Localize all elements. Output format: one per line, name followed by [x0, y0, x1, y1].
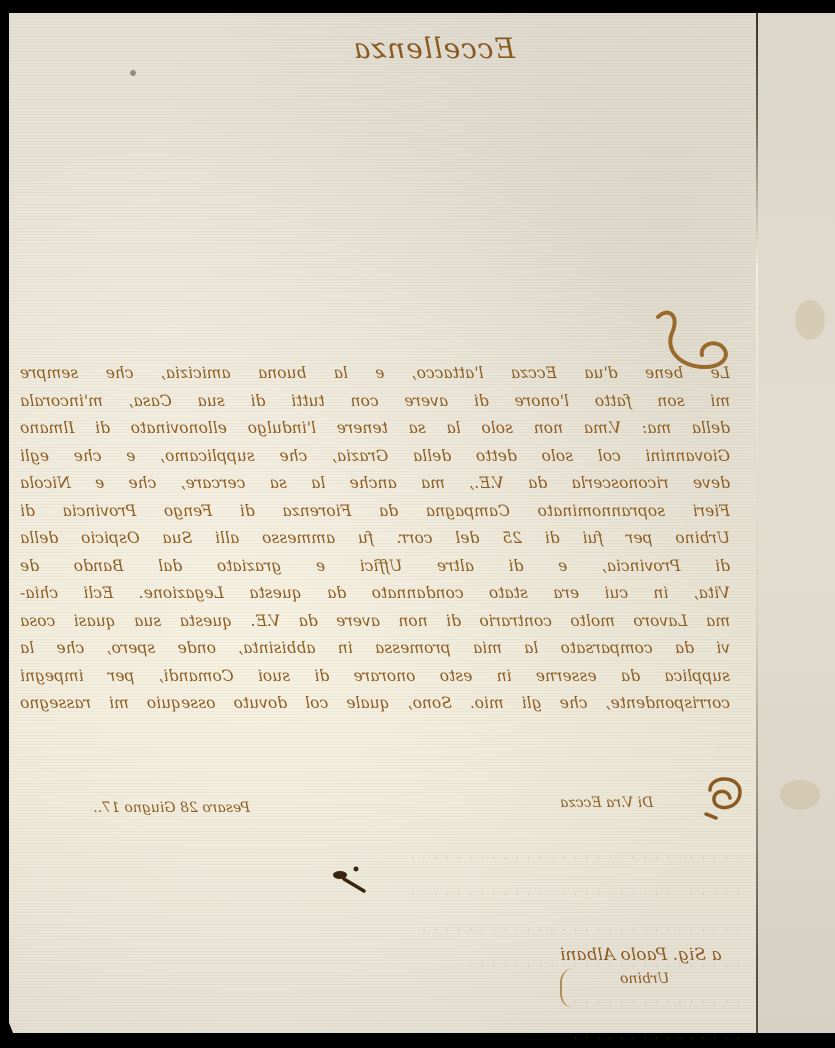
faint-line: · · · · · · · · · · · · · · · · · · · · …: [20, 912, 740, 948]
body-line: mi son fatto l'onore di avere con tutti …: [20, 388, 730, 416]
ink-smudge: [795, 300, 825, 340]
body-line: corrispondente, che gli mio. Sono, quale…: [20, 690, 730, 718]
faint-line: · · · · · · · · · · · · · · ·: [20, 1020, 740, 1048]
page-fold: [756, 13, 758, 1033]
letter-address: a Sig. Paolo Albani Urbino: [560, 945, 725, 987]
ink-smudge: [780, 780, 820, 810]
letter-body: Le bene d'ua Eccza l'attacco, e la buona…: [20, 360, 730, 718]
body-line: deve riconoscerla da V.E., ma anche la s…: [20, 470, 730, 498]
body-line: Le bene d'ua Eccza l'attacco, e la buona…: [20, 360, 730, 388]
body-line: supplica da esserne in esto onorare di s…: [20, 663, 730, 691]
faint-line: · · · · · · · · · · · · · · · · · · · · …: [20, 876, 740, 912]
letter-heading: Eccellenza: [355, 32, 515, 65]
ink-blot-icon: [330, 865, 370, 895]
signature-flourish-icon: [700, 770, 748, 820]
bleedthrough-text: · · · · · · · · · · · · · · · · · · · · …: [20, 840, 740, 1048]
address-city: Urbino: [620, 971, 725, 987]
faint-line: · · · · · · · · · · · · · · · · · · · · …: [20, 840, 740, 876]
body-line: Giovannini col solo detto della Grazia, …: [20, 443, 730, 471]
paper-speck: [130, 70, 136, 76]
letter-date: Pesaro 28 Giugno 17..: [30, 800, 250, 816]
body-line: Fieri soprannominato Campagna da Fiorenz…: [20, 498, 730, 526]
address-recipient: a Sig. Paolo Albani: [560, 945, 722, 965]
body-line: di Provincia, e di altre Uffici e grazia…: [20, 553, 730, 581]
body-line: vi da comparsato la mia promessa in abbi…: [20, 635, 730, 663]
body-line: Urbino per fui di 25 del corr. fu ammess…: [20, 525, 730, 553]
body-line: Vita, in cui era stato condannato da que…: [20, 580, 730, 608]
body-line: della ma: V.ma non solo la sa tenere l'i…: [20, 415, 730, 443]
faint-line: · · · · · · · · · · · · · · ·: [20, 984, 740, 1020]
adjacent-page-edge: [758, 13, 835, 1033]
letter-closing: Di V.ra Eccza: [560, 795, 700, 811]
body-line: ma Lavoro molto contrario di non avere d…: [20, 608, 730, 636]
